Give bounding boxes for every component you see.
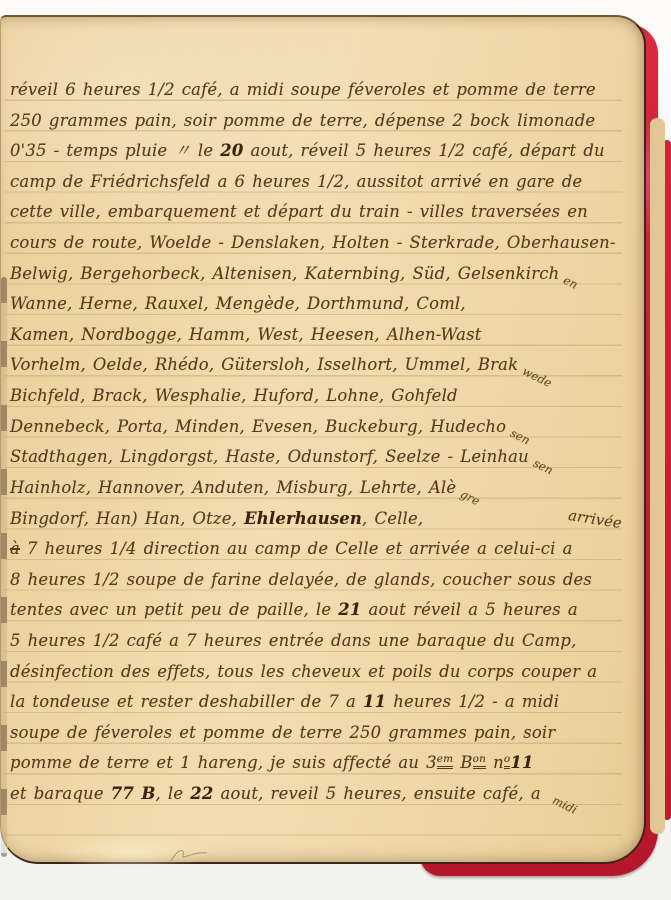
manuscript-text-segment: 250 grammes pain, soir pomme de terre, d… — [10, 106, 595, 136]
manuscript-text-segment: heures 1/2 - a midi — [386, 687, 559, 717]
manuscript-text-segment: tentes avec un petit peu de paille, le — [10, 595, 338, 625]
manuscript-text-segment: aout réveil a 5 heures a — [361, 595, 577, 625]
manuscript-line: pomme de terre et 1 hareng, je suis affe… — [10, 748, 628, 779]
manuscript-line: soupe de féveroles et pomme de terre 250… — [10, 718, 628, 749]
manuscript-text-segment: B — [453, 748, 472, 778]
manuscript-line: Wanne, Herne, Rauxel, Mengède, Dorthmund… — [10, 289, 628, 320]
manuscript-text-segment: et baraque — [10, 779, 111, 809]
manuscript-text-segment: , le — [156, 779, 191, 809]
manuscript-text-segment: désinfection des effets, tous les cheveu… — [10, 657, 597, 687]
manuscript-text-segment: 5 heures 1/2 café a 7 heures entrée dans… — [10, 626, 577, 656]
manuscript-text-segment: réveil 6 heures 1/2 café, a midi soupe f… — [10, 75, 596, 105]
manuscript-text-segment: n — [486, 748, 504, 778]
manuscript-text-segment: 11 — [510, 748, 533, 778]
manuscript-line: camp de Friédrichsfeld a 6 heures 1/2, a… — [10, 167, 628, 198]
manuscript-text-segment: Kamen, Nordbogge, Hamm, West, Heesen, Al… — [10, 320, 482, 350]
manuscript-text-segment: 11 — [363, 687, 386, 717]
manuscript-text-segment: camp de Friédrichsfeld a 6 heures 1/2, a… — [10, 167, 582, 197]
manuscript-text-segment: Stadthagen, Lingdorgst, Haste, Odunstorf… — [10, 442, 529, 472]
manuscript-text-segment: à — [10, 534, 20, 564]
manuscript-line: la tondeuse et rester deshabiller de 7 a… — [10, 687, 628, 718]
manuscript-text-segment: 7 heures 1/4 direction au camp de Celle … — [20, 534, 573, 564]
manuscript-text-segment: arrivée — [566, 500, 624, 538]
manuscript-line: 5 heures 1/2 café a 7 heures entrée dans… — [10, 626, 628, 657]
manuscript-text-segment: pomme de terre et 1 hareng, je suis affe… — [10, 748, 437, 778]
manuscript-text-segment: , Celle, — [362, 504, 423, 534]
manuscript-line: Belwig, Bergehorbeck, Altenisen, Katernb… — [10, 259, 628, 290]
manuscript-text-segment: aout, reveil 5 heures, ensuite café, a — [214, 779, 548, 809]
manuscript-text-segment: Ehlerhausen — [244, 504, 362, 534]
manuscript-line: Vorhelm, Oelde, Rhédo, Gütersloh, Isselh… — [10, 350, 628, 381]
pencil-mark — [169, 845, 209, 865]
manuscript-text-segment: Vorhelm, Oelde, Rhédo, Gütersloh, Isselh… — [10, 350, 518, 380]
manuscript-line: et baraque 77 B, le 22 aout, reveil 5 he… — [10, 779, 628, 810]
manuscript-text-segment: la tondeuse et rester deshabiller de 7 a — [10, 687, 363, 717]
manuscript-line: désinfection des effets, tous les cheveu… — [10, 657, 628, 688]
manuscript-text-segment: Belwig, Bergehorbeck, Altenisen, Katernb… — [10, 259, 559, 289]
manuscript-text-segment: aout, réveil 5 heures 1/2 café, départ d… — [244, 136, 605, 166]
manuscript-line: tentes avec un petit peu de paille, le 2… — [10, 595, 628, 626]
manuscript-text-segment: Bingdorf, Han) Han, Otze, — [10, 504, 244, 534]
manuscript-text-segment: 0'35 - temps pluie 〃 le — [10, 136, 220, 166]
manuscript-line: 0'35 - temps pluie 〃 le 20 aout, réveil … — [10, 136, 628, 167]
manuscript-text-segment: Hainholz, Hannover, Anduten, Misburg, Le… — [10, 473, 456, 503]
manuscript-line: cette ville, embarquement et départ du t… — [10, 197, 628, 228]
manuscript-text: réveil 6 heures 1/2 café, a midi soupe f… — [10, 75, 628, 810]
manuscript-line: Bingdorf, Han) Han, Otze, Ehlerhausen, C… — [10, 504, 628, 535]
manuscript-text-segment: cette ville, embarquement et départ du t… — [10, 197, 588, 227]
manuscript-text-segment: 8 heures 1/2 soupe de farine delayée, de… — [10, 565, 592, 595]
manuscript-text-segment: 20 — [220, 136, 243, 166]
manuscript-line: à 7 heures 1/4 direction au camp de Cell… — [10, 534, 628, 565]
manuscript-line: 250 grammes pain, soir pomme de terre, d… — [10, 106, 628, 137]
manuscript-line: cours de route, Woelde - Denslaken, Holt… — [10, 228, 628, 259]
manuscript-line: 8 heures 1/2 soupe de farine delayée, de… — [10, 565, 628, 596]
manuscript-text-segment: 77 B — [111, 779, 156, 809]
manuscript-text-segment: Dennebeck, Porta, Minden, Evesen, Buckeb… — [10, 412, 506, 442]
scan-background: { "notebook": { "colors": { "paper": "#e… — [0, 0, 671, 900]
page-block-fore-edge — [650, 118, 665, 834]
notebook-page: réveil 6 heures 1/2 café, a midi soupe f… — [0, 15, 646, 864]
manuscript-line: réveil 6 heures 1/2 café, a midi soupe f… — [10, 75, 628, 106]
manuscript-text-segment: Wanne, Herne, Rauxel, Mengède, Dorthmund… — [10, 289, 466, 319]
manuscript-text-segment: 22 — [190, 779, 213, 809]
manuscript-text-segment: em — [437, 754, 454, 769]
manuscript-line: Stadthagen, Lingdorgst, Haste, Odunstorf… — [10, 442, 628, 473]
manuscript-text-segment: soupe de féveroles et pomme de terre 250… — [10, 718, 555, 748]
manuscript-text-segment: on — [473, 754, 486, 769]
manuscript-text-segment: 21 — [338, 595, 361, 625]
manuscript-text-segment: cours de route, Woelde - Denslaken, Holt… — [10, 228, 616, 258]
manuscript-text-segment: Bichfeld, Brack, Wesphalie, Huford, Lohn… — [10, 381, 458, 411]
manuscript-line: Kamen, Nordbogge, Hamm, West, Heesen, Al… — [10, 320, 628, 351]
manuscript-line: Dennebeck, Porta, Minden, Evesen, Buckeb… — [10, 412, 628, 443]
